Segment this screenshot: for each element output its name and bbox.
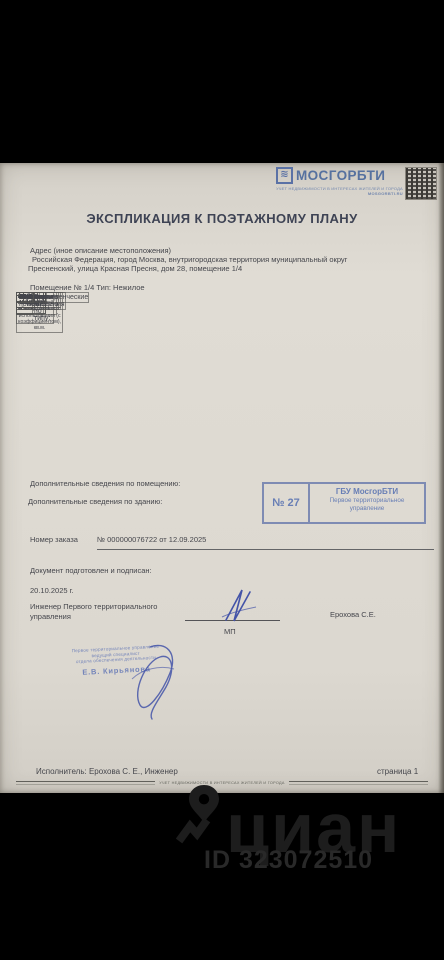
address-line-1: Российская Федерация, город Москва, внут… bbox=[32, 255, 434, 264]
signer-name: Ерохова С.Е. bbox=[330, 610, 376, 619]
additional-premise-label: Дополнительные сведения по помещению: bbox=[30, 479, 180, 488]
premise-type-line: Помещение № 1/4 Тип: Нежилое bbox=[30, 283, 145, 292]
listing-id: ID 323072510 bbox=[204, 846, 373, 875]
additional-building-label: Дополнительные сведения по зданию: bbox=[28, 497, 162, 506]
stamp-dept: Первое территориальное управление bbox=[310, 497, 424, 512]
brand-site: MOSGORBTI.RU bbox=[276, 191, 403, 196]
page-number: страница 1 bbox=[377, 767, 418, 776]
prepared-date: 20.10.2025 г. bbox=[30, 586, 74, 595]
qr-code-icon bbox=[406, 168, 436, 199]
address-line-2: Пресненский, улица Красная Пресня, дом 2… bbox=[28, 264, 434, 273]
document-title: ЭКСПЛИКАЦИЯ К ПОЭТАЖНОМУ ПЛАНУ bbox=[0, 211, 444, 226]
order-number-value: № 000000076722 от 12.09.2025 bbox=[97, 535, 206, 544]
executor-line: Исполнитель: Ерохова С. Е., Инженер bbox=[36, 767, 178, 776]
handwritten-signature-loop-icon bbox=[112, 639, 198, 725]
scanned-document: ≋ МОСГОРБТИ УЧЕТ НЕДВИЖИМОСТИ В ИНТЕРЕСА… bbox=[0, 163, 444, 793]
seal-placeholder: МП bbox=[224, 627, 236, 636]
stamp-org: ГБУ МосгорБТИ bbox=[310, 487, 424, 496]
prepared-line: Документ подготовлен и подписан: bbox=[30, 566, 152, 575]
brand-name: МОСГОРБТИ bbox=[296, 168, 385, 183]
order-underline bbox=[97, 549, 434, 550]
bti-office-stamp: № 27 ГБУ МосгорБТИ Первое территориально… bbox=[262, 482, 426, 524]
order-number-label: Номер заказа bbox=[30, 535, 78, 544]
letterhead: ≋ МОСГОРБТИ УЧЕТ НЕДВИЖИМОСТИ В ИНТЕРЕСА… bbox=[276, 167, 436, 205]
stamp-number: № 27 bbox=[264, 484, 310, 522]
handwritten-signature-icon bbox=[216, 587, 260, 623]
scan-edge-shadow bbox=[438, 163, 444, 793]
mosgorbti-wave-icon: ≋ bbox=[276, 167, 293, 184]
cian-listing-photo-screen: { "colors": { "background": "#000000", "… bbox=[0, 0, 444, 960]
signer-role-line-1: Инженер Первого территориального bbox=[30, 602, 157, 611]
address-label: Адрес (иное описание местоположения) bbox=[30, 246, 171, 255]
cian-pin-icon bbox=[176, 785, 224, 847]
signer-role-line-2: управления bbox=[30, 612, 71, 621]
